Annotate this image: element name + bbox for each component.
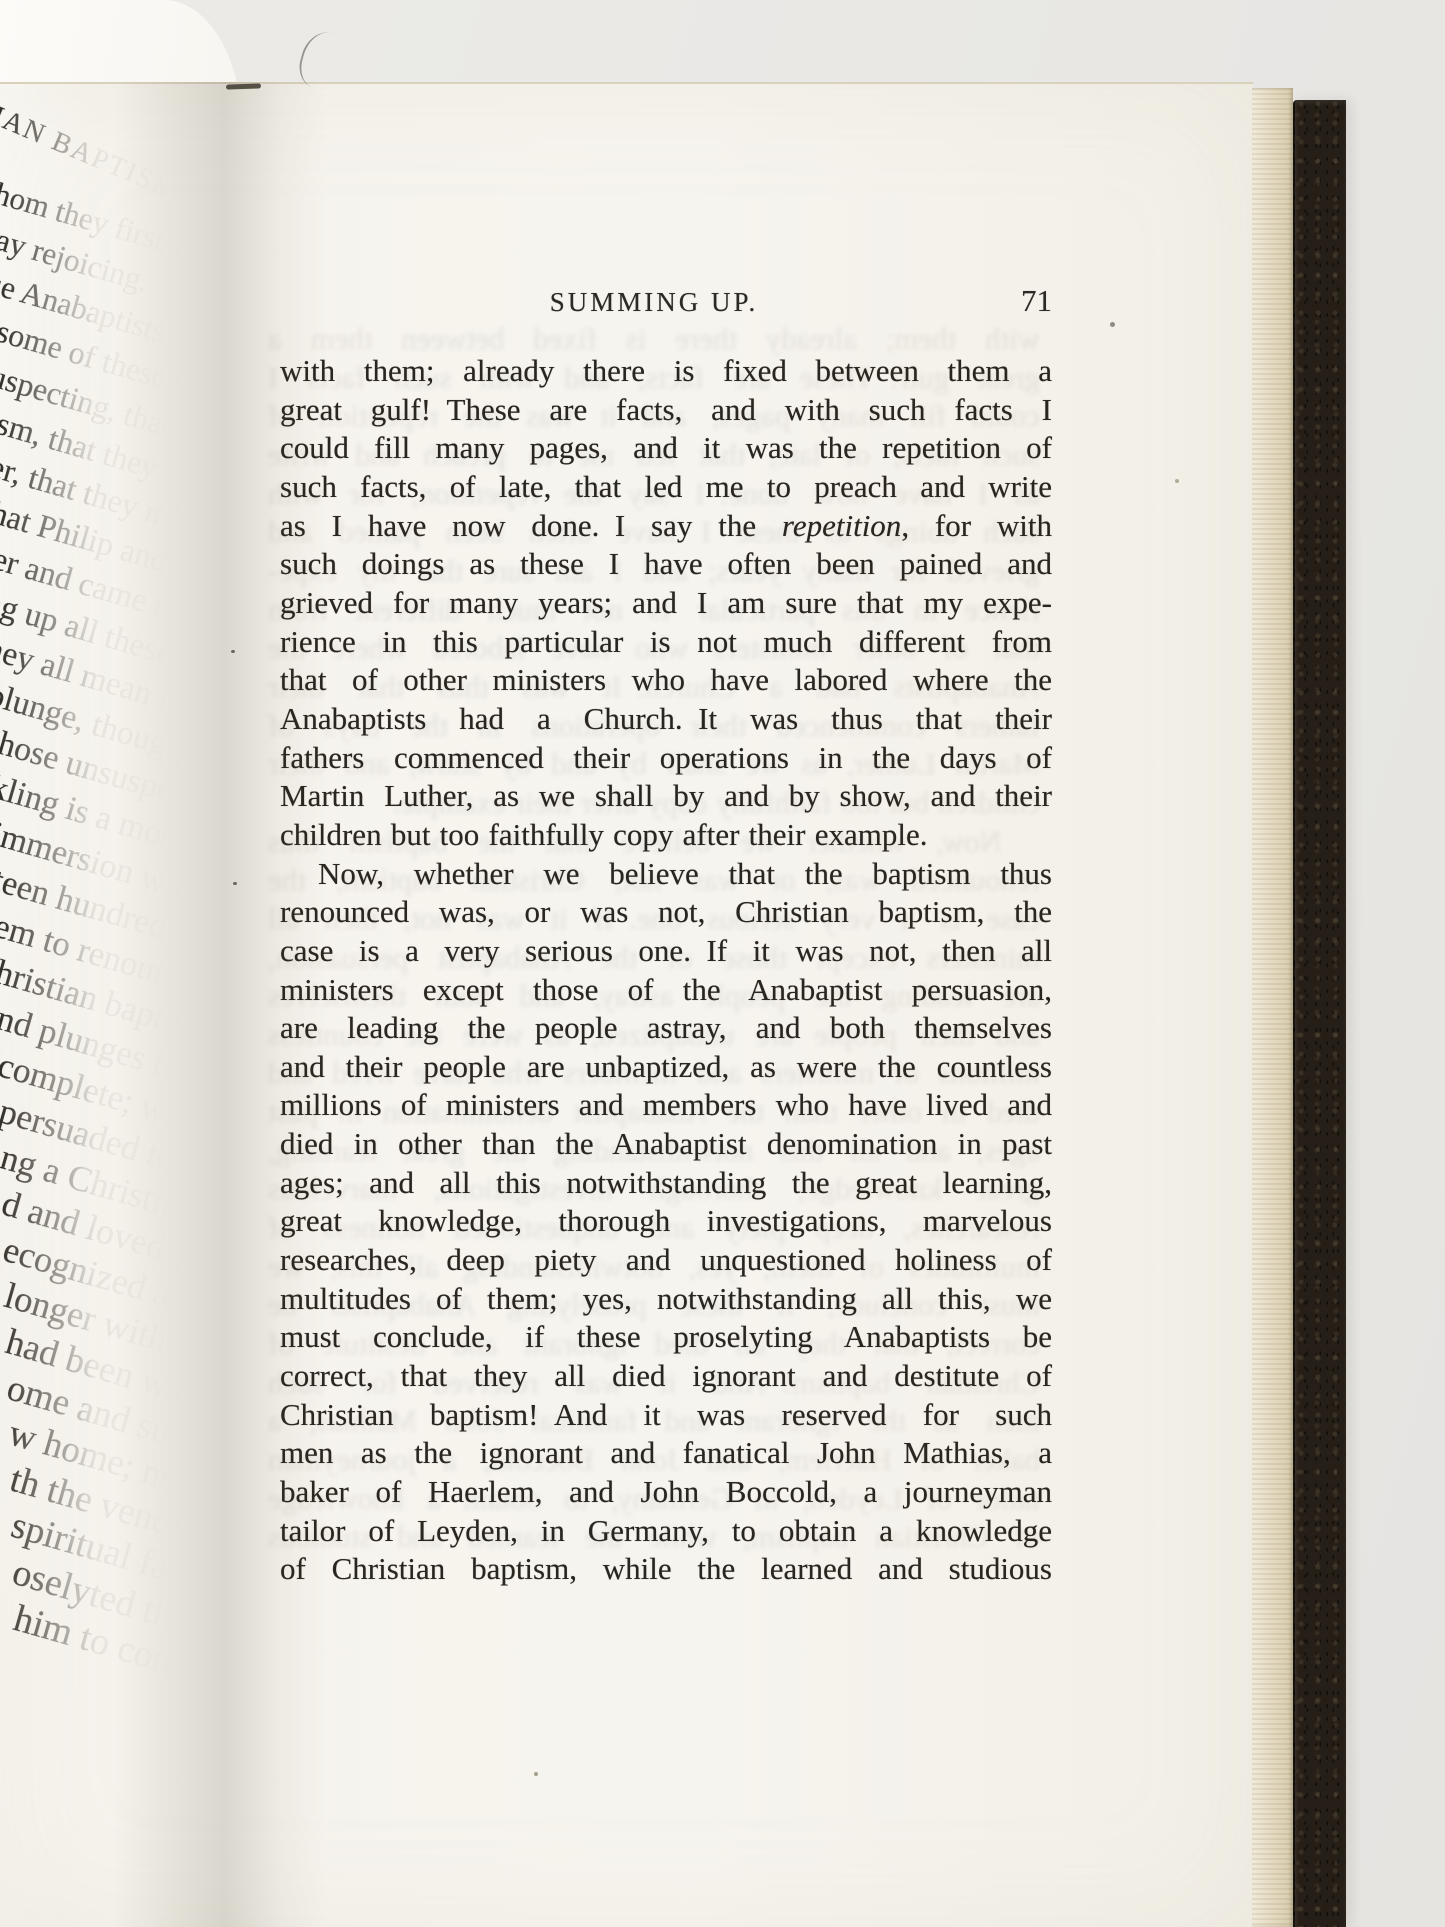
text-line: Martin Luther, as we shall by and by sho… bbox=[280, 777, 1052, 816]
running-header: SUMMING UP. bbox=[268, 287, 1040, 318]
text-line: children but too faithfully copy after t… bbox=[280, 816, 1052, 855]
text-line: ages; and all this notwithstanding the g… bbox=[280, 1164, 1052, 1203]
text-line: that of other ministers who have labored… bbox=[280, 661, 1052, 700]
text-line: with them; already there is fixed betwee… bbox=[280, 352, 1052, 391]
text-line: such doings as these I have often been p… bbox=[280, 545, 1052, 584]
text-line: great knowledge, thorough investigations… bbox=[280, 1202, 1052, 1241]
text-line: renounced was, or was not, Christian bap… bbox=[280, 893, 1052, 932]
text-line: died in other than the Anabaptist denomi… bbox=[280, 1125, 1052, 1164]
text-line: rience in this particular is not much di… bbox=[280, 623, 1052, 662]
text-line: Christian baptism! And it was reserved f… bbox=[280, 1396, 1052, 1435]
text-line: ministers except those of the Anabaptist… bbox=[280, 971, 1052, 1010]
paper-speck bbox=[233, 882, 237, 885]
text-line: must conclude, if these proselyting Anab… bbox=[280, 1318, 1052, 1357]
header-row: SUMMING UP. 71 bbox=[280, 287, 1052, 329]
text-line: and their people are unbaptized, as were… bbox=[280, 1048, 1052, 1087]
book-cover bbox=[1293, 100, 1346, 1927]
text-line: multitudes of them; yes, notwithstanding… bbox=[280, 1280, 1052, 1319]
text-line: Now, whether we believe that the baptism… bbox=[280, 855, 1052, 894]
text-line: case is a very serious one. If it was no… bbox=[280, 932, 1052, 971]
page-text: with them; already there is fixed betwee… bbox=[280, 352, 1052, 1589]
text-line: fathers commenced their operations in th… bbox=[280, 739, 1052, 778]
text-line: Anabaptists had a Church. It was thus th… bbox=[280, 700, 1052, 739]
text-line: as I have now done. I say the repetition… bbox=[280, 507, 1052, 546]
text-line: great gulf! These are facts, and with su… bbox=[280, 391, 1052, 430]
text-line: researches, deep piety and unquestioned … bbox=[280, 1241, 1052, 1280]
book-photo: IAN BAPTISM. whom they first unitedway r… bbox=[0, 0, 1445, 1927]
text-line: baker of Haerlem, and John Boccold, a jo… bbox=[280, 1473, 1052, 1512]
page-number: 71 bbox=[1021, 283, 1052, 319]
text-line: grieved for many years; and I am sure th… bbox=[280, 584, 1052, 623]
right-page: with them; already there is fixed betwee… bbox=[0, 82, 1253, 1927]
text-line: such facts, of late, that led me to prea… bbox=[280, 468, 1052, 507]
text-line: of Christian baptism, while the learned … bbox=[280, 1550, 1052, 1589]
text-line: millions of ministers and members who ha… bbox=[280, 1086, 1052, 1125]
paper-speck bbox=[1175, 479, 1179, 483]
text-line: men as the ignorant and fanatical John M… bbox=[280, 1434, 1052, 1473]
page-edge-stack bbox=[1252, 88, 1293, 1927]
paper-speck bbox=[534, 1772, 538, 1776]
text-line: are leading the people astray, and both … bbox=[280, 1009, 1052, 1048]
paper-speck bbox=[1110, 322, 1115, 327]
paper-speck bbox=[231, 650, 235, 653]
text-line: could fill many pages, and it was the re… bbox=[280, 429, 1052, 468]
ink-mark bbox=[226, 83, 261, 89]
text-line: correct, that they all died ignorant and… bbox=[280, 1357, 1052, 1396]
text-line: tailor of Leyden, in Germany, to obtain … bbox=[280, 1512, 1052, 1551]
